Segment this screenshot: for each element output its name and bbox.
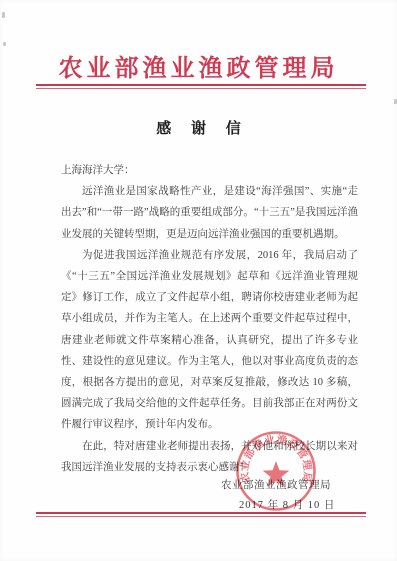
paragraph-3: 在此，特对唐建业老师提出表扬，并对他和你校长期以来对我国远洋渔业发展的支持表示衷… [61,436,358,478]
paragraph-1: 远洋渔业是国家战略性产业，是建设“海洋强国”、实施“走出去”和“一带一路”战略的… [61,181,358,245]
letter-page: 农业部渔业渔政管理局 感 谢 信 上海海洋大学： 远洋渔业是国家战略性产业，是建… [0,0,397,561]
letter-body: 上海海洋大学： 远洋渔业是国家战略性产业，是建设“海洋强国”、实施“走出去”和“… [61,160,358,478]
letterhead-title: 农业部渔业渔政管理局 [0,48,397,83]
signature-date: 2017 年 8 月 10 日 [239,497,335,512]
paragraph-2: 为促进我国远洋渔业规范有序发展，2016 年，我局启动了《“十三五”全国远洋渔业… [61,245,358,436]
letter-title: 感 谢 信 [0,117,397,138]
scan-speck [3,42,6,46]
footer-divider [36,512,366,517]
letterhead-divider [36,84,366,89]
scan-speck [2,12,5,18]
signature-org: 农业部渔业渔政管理局 [221,477,331,492]
salutation: 上海海洋大学： [61,160,358,181]
